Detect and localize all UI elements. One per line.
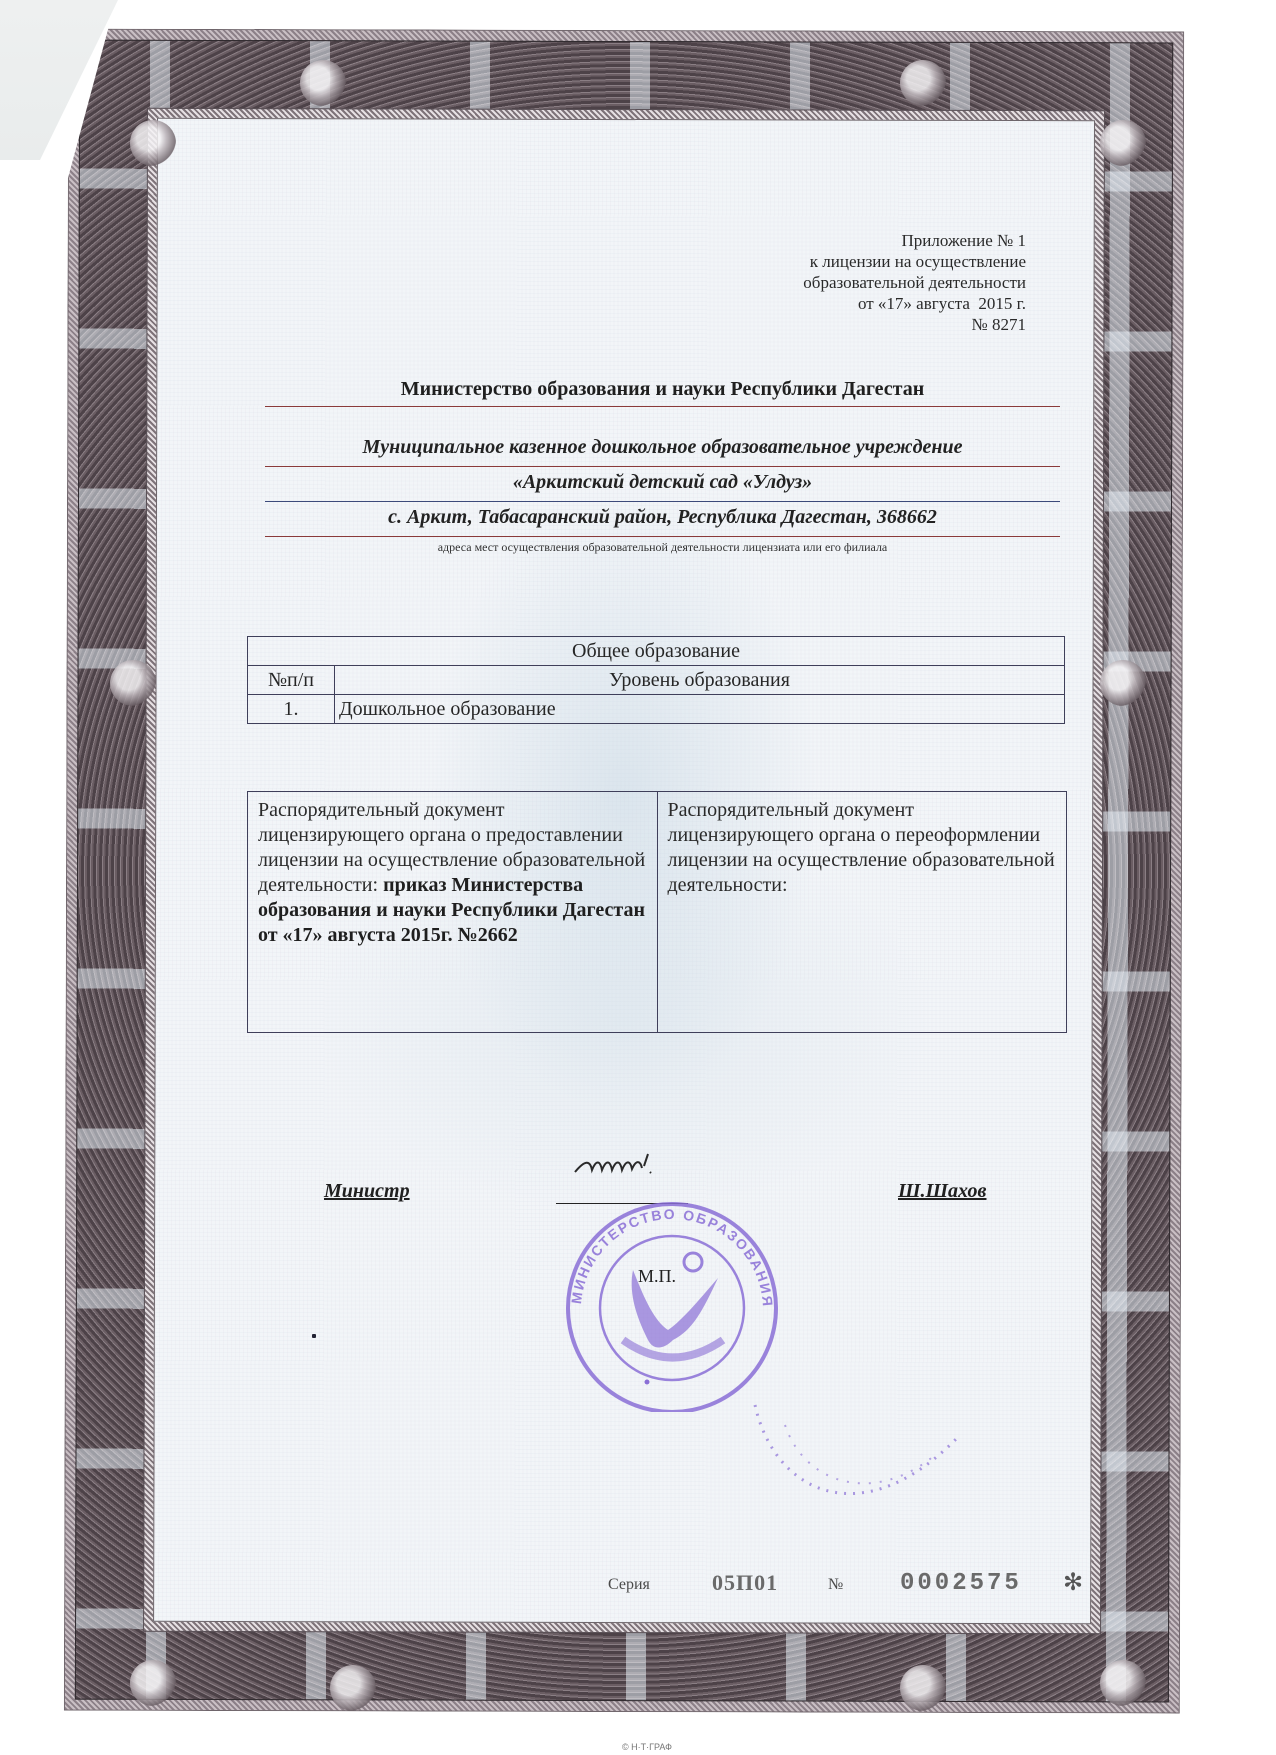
signatory-name: Ш.Шахов	[898, 1180, 986, 1203]
row-number: 1.	[248, 695, 335, 724]
appendix-reference: Приложение № 1 к лицензии на осуществлен…	[803, 230, 1026, 335]
license-number: № 8271	[803, 314, 1026, 335]
issuing-authority: Министерство образования и науки Республ…	[265, 378, 1060, 401]
divider	[265, 406, 1060, 407]
seal-placeholder-label: М.П.	[638, 1266, 676, 1287]
column-header-level: Уровень образования	[335, 666, 1065, 695]
organization-address: с. Аркит, Табасаранский район, Республик…	[265, 506, 1060, 529]
appendix-title: Приложение № 1	[803, 230, 1026, 251]
official-seal-icon: МИНИСТЕРСТВО ОБРАЗОВАНИЯ И НАУКИ РЕСПУБЛ…	[553, 1200, 791, 1412]
appendix-line: к лицензии на осуществление	[803, 251, 1026, 272]
asterisk-mark-icon: ✻	[1063, 1568, 1083, 1597]
column-header-number: №п/п	[248, 666, 335, 695]
number-value: 0002575	[900, 1570, 1022, 1597]
faint-stamp-imprint-icon	[745, 1385, 975, 1535]
ink-dot	[312, 1334, 316, 1338]
row-level: Дошкольное образование	[335, 695, 1065, 724]
address-caption: адреса мест осуществления образовательно…	[265, 540, 1060, 555]
handwritten-signature-icon	[570, 1150, 720, 1180]
signatory-role: Министр	[324, 1180, 410, 1203]
grant-document-cell: Распорядительный документ лицензирующего…	[248, 792, 658, 1033]
series-label: Серия	[608, 1576, 650, 1594]
document-content: Приложение № 1 к лицензии на осуществлен…	[0, 0, 1276, 1755]
organization-name-line2: «Аркитский детский сад «Улдуз»	[265, 471, 1060, 494]
administrative-documents-table: Распорядительный документ лицензирующего…	[247, 791, 1067, 1033]
divider	[265, 466, 1060, 467]
education-levels-table: Общее образование №п/п Уровень образован…	[247, 636, 1065, 724]
series-value: 05П01	[712, 1570, 778, 1596]
section-title: Общее образование	[248, 637, 1065, 666]
appendix-line: образовательной деятельности	[803, 272, 1026, 293]
number-label: №	[828, 1576, 843, 1594]
reissue-document-cell: Распорядительный документ лицензирующего…	[657, 792, 1067, 1033]
reissue-document-text: Распорядительный документ лицензирующего…	[668, 799, 1055, 896]
form-serial-number: Серия 05П01 № 0002575 ✻	[0, 1570, 1276, 1600]
printer-mark: © Н·Т·ГРАФ	[622, 1742, 672, 1752]
divider	[265, 501, 1060, 502]
table-row: 1. Дошкольное образование	[248, 695, 1065, 724]
appendix-date: от «17» августа 2015 г.	[803, 293, 1026, 314]
organization-name-line1: Муниципальное казенное дошкольное образо…	[265, 436, 1060, 459]
divider	[265, 536, 1060, 537]
